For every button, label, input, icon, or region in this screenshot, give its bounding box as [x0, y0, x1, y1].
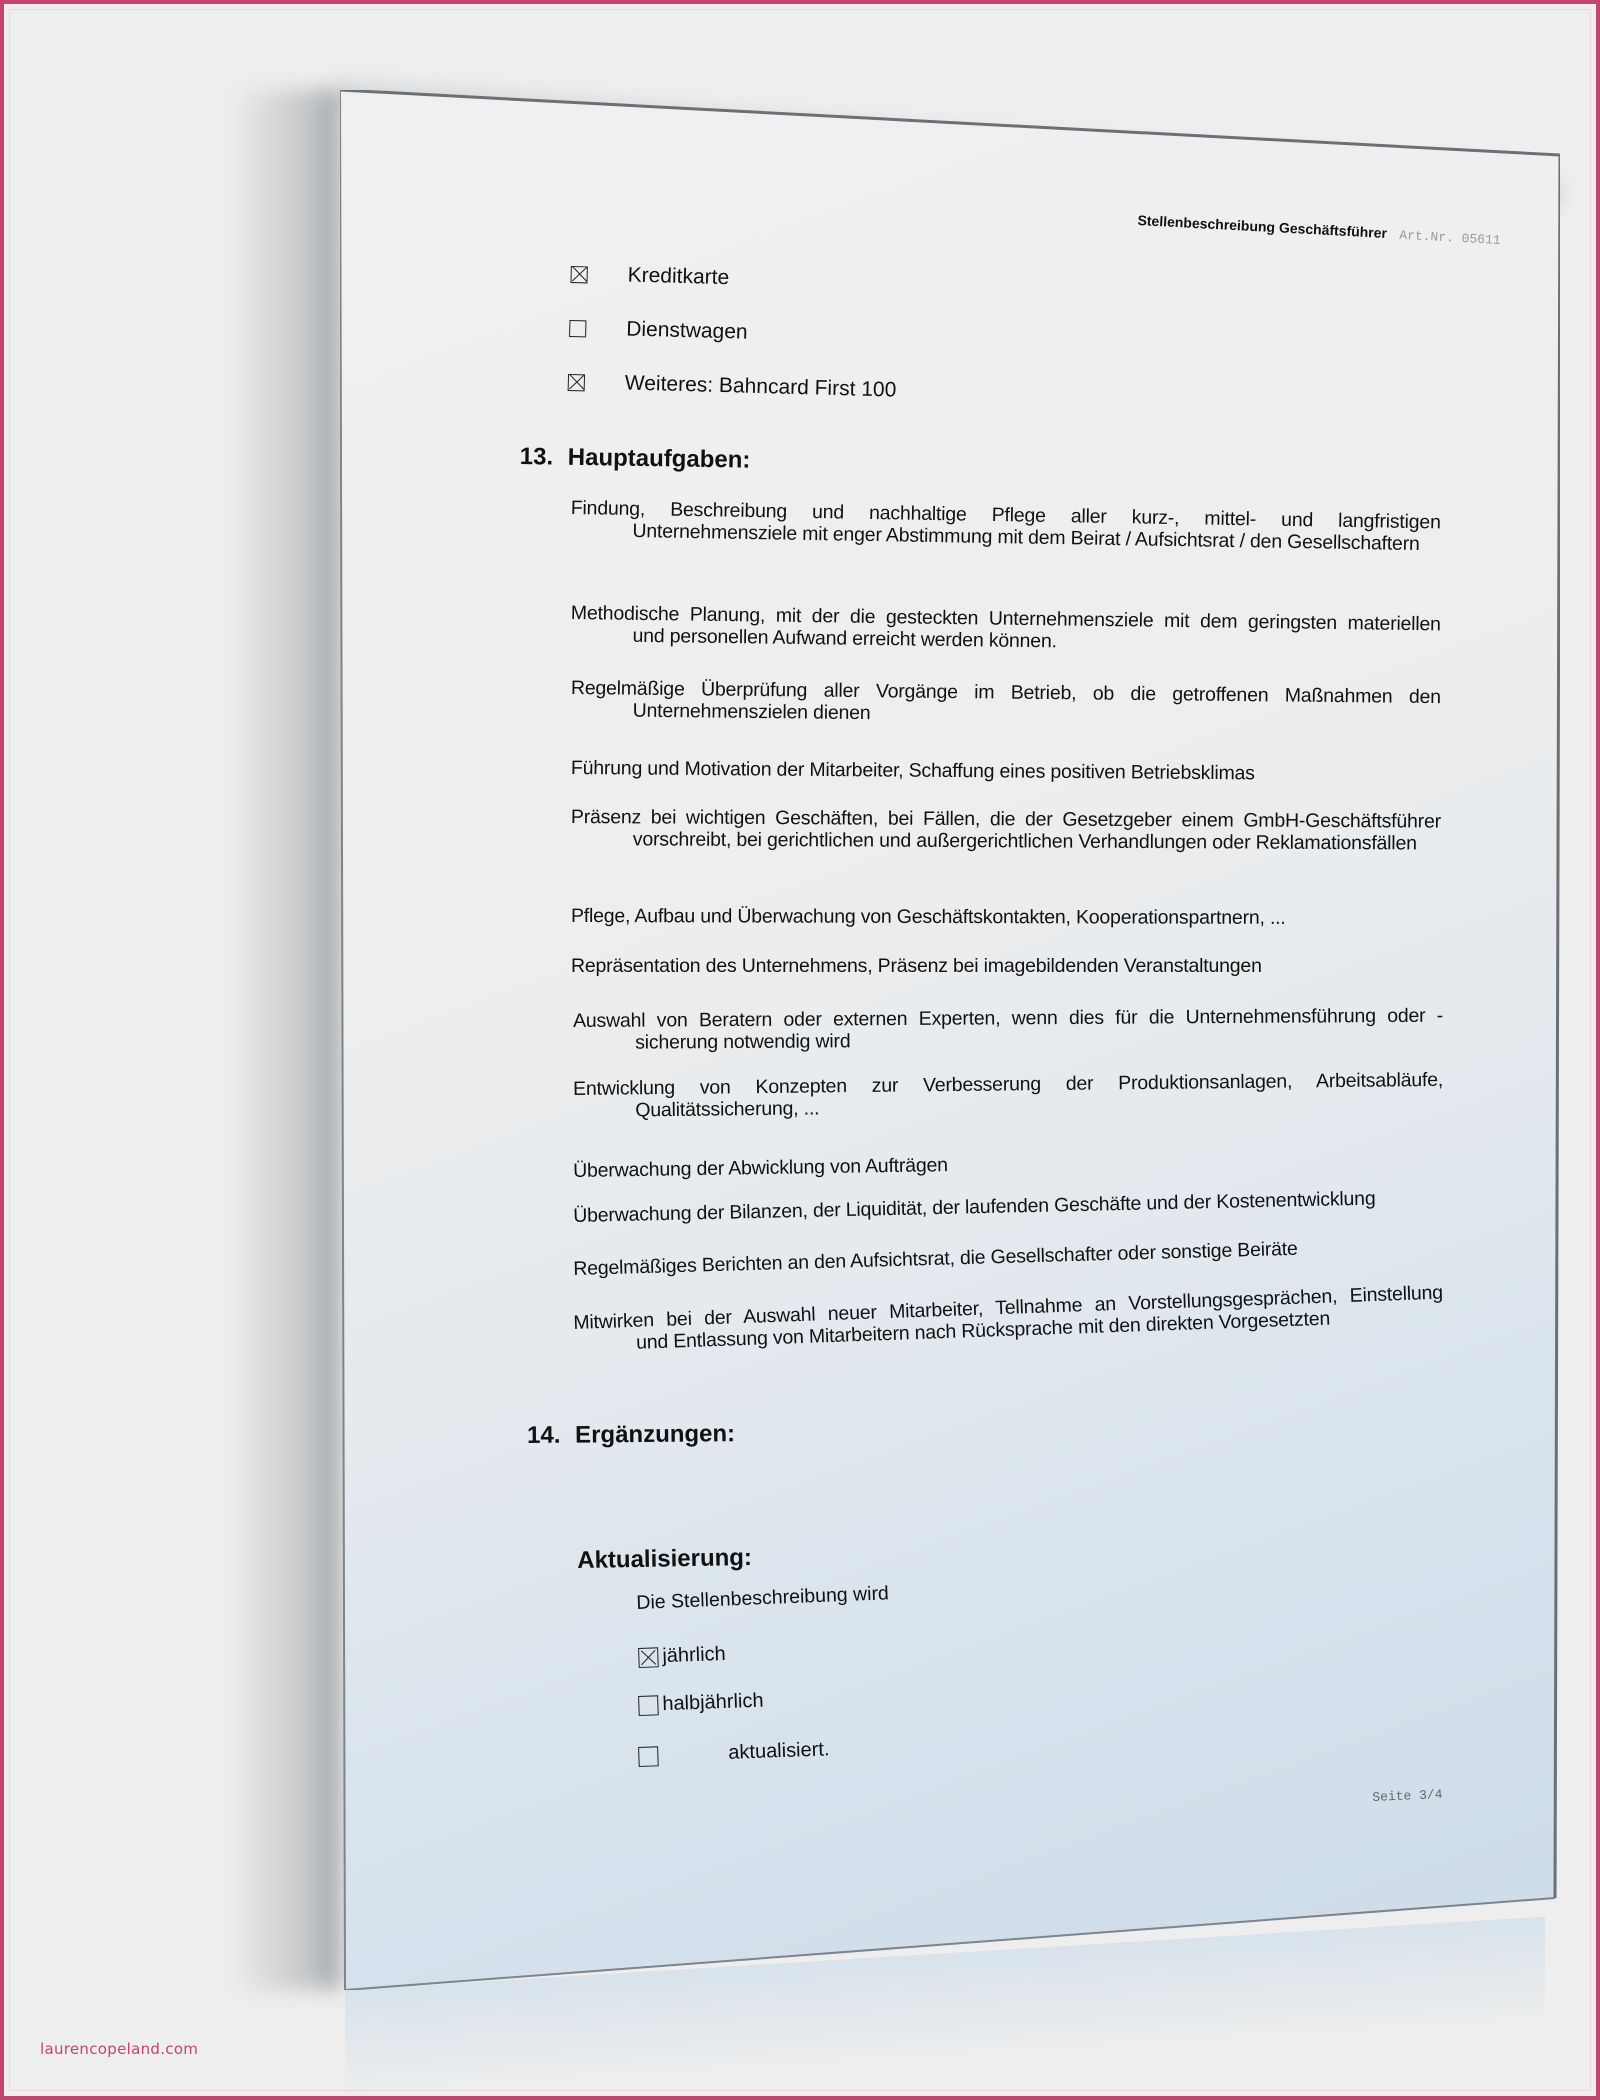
checkbox-empty-icon[interactable]	[638, 1695, 659, 1716]
task-item: Pflege, Aufbau und Überwachung von Gesch…	[571, 905, 1441, 929]
section-number: 13.	[520, 443, 568, 472]
benefit-label: Weiteres: Bahncard First 100	[625, 371, 897, 402]
watermark-link[interactable]: laurencopeland.com	[40, 2040, 198, 2058]
page-header: Stellenbeschreibung Geschäftsführer Art.…	[1137, 212, 1501, 249]
checkbox-checked-icon[interactable]	[570, 265, 587, 282]
benefit-item: Dienstwagen	[569, 316, 898, 349]
checkbox-checked-icon[interactable]	[638, 1647, 659, 1668]
task-text: Überwachung der Abwicklung von Aufträgen	[573, 1146, 1443, 1182]
option-label: halbjährlich	[662, 1690, 764, 1717]
option-label: aktualisiert.	[728, 1738, 830, 1765]
benefit-label: Kreditkarte	[627, 263, 729, 290]
article-number: Art.Nr. 05611	[1399, 228, 1501, 248]
update-intro: Die Stellenbeschreibung wird	[636, 1582, 889, 1615]
task-text: Überwachung der Bilanzen, der Liquidität…	[573, 1186, 1443, 1227]
benefit-item: Kreditkarte	[570, 262, 899, 295]
task-text: Pflege, Aufbau und Überwachung von Gesch…	[571, 905, 1441, 929]
section-13-heading: 13.Hauptaufgaben:	[520, 443, 751, 475]
update-option: jährlich	[638, 1643, 726, 1669]
task-item: Auswahl von Beratern oder externen Exper…	[573, 1005, 1443, 1054]
section-title: Hauptaufgaben:	[568, 444, 751, 474]
section-number: 14.	[527, 1422, 575, 1450]
task-text: Führung und Motivation der Mitarbeiter, …	[571, 757, 1441, 786]
update-option: halbjährlich	[638, 1690, 764, 1717]
page-number: Seite 3/4	[1372, 1787, 1443, 1805]
page-content: Stellenbeschreibung Geschäftsführer Art.…	[0, 0, 1600, 2100]
checkbox-empty-icon[interactable]	[638, 1746, 659, 1767]
task-item: Mitwirken bei der Auswahl neuer Mitarbei…	[573, 1282, 1444, 1356]
task-item: Präsenz bei wichtigen Geschäften, bei Fä…	[571, 806, 1441, 855]
task-item: Findung, Beschreibung und nachhaltige Pf…	[570, 497, 1441, 555]
update-heading: Aktualisierung:	[577, 1544, 752, 1575]
task-text-continued: sicherung notwendig wird	[573, 1027, 1443, 1054]
benefit-item: Weiteres: Bahncard First 100	[568, 370, 897, 403]
checkbox-checked-icon[interactable]	[568, 373, 585, 390]
task-item: Regelmäßiges Berichten an den Aufsichtsr…	[573, 1234, 1443, 1280]
benefits-checklist: Kreditkarte Dienstwagen Weiteres: Bahnca…	[568, 262, 900, 403]
task-text: Repräsentation des Unternehmens, Präsenz…	[571, 955, 1441, 977]
task-text: Regelmäßiges Berichten an den Aufsichtsr…	[573, 1234, 1443, 1280]
task-item: Entwicklung von Konzepten zur Verbesseru…	[573, 1069, 1443, 1122]
task-text-continued: vorschreibt, bei gerichtlichen und außer…	[571, 828, 1441, 855]
task-item: Überwachung der Bilanzen, der Liquidität…	[573, 1186, 1443, 1227]
task-item: Methodische Planung, mit der die gesteck…	[570, 602, 1441, 657]
benefit-label: Dienstwagen	[626, 317, 748, 344]
task-item: Repräsentation des Unternehmens, Präsenz…	[571, 955, 1441, 977]
document-title: Stellenbeschreibung Geschäftsführer	[1137, 212, 1387, 241]
task-item: Regelmäßige Überprüfung aller Vorgänge i…	[571, 677, 1441, 730]
task-item: Überwachung der Abwicklung von Aufträgen	[573, 1146, 1443, 1182]
task-item: Führung und Motivation der Mitarbeiter, …	[571, 757, 1441, 786]
option-label: jährlich	[662, 1643, 726, 1668]
update-option: aktualisiert.	[638, 1738, 830, 1768]
checkbox-empty-icon[interactable]	[569, 319, 586, 336]
section-14-heading: 14.Ergänzungen:	[527, 1420, 735, 1450]
section-title: Ergänzungen:	[575, 1420, 735, 1448]
